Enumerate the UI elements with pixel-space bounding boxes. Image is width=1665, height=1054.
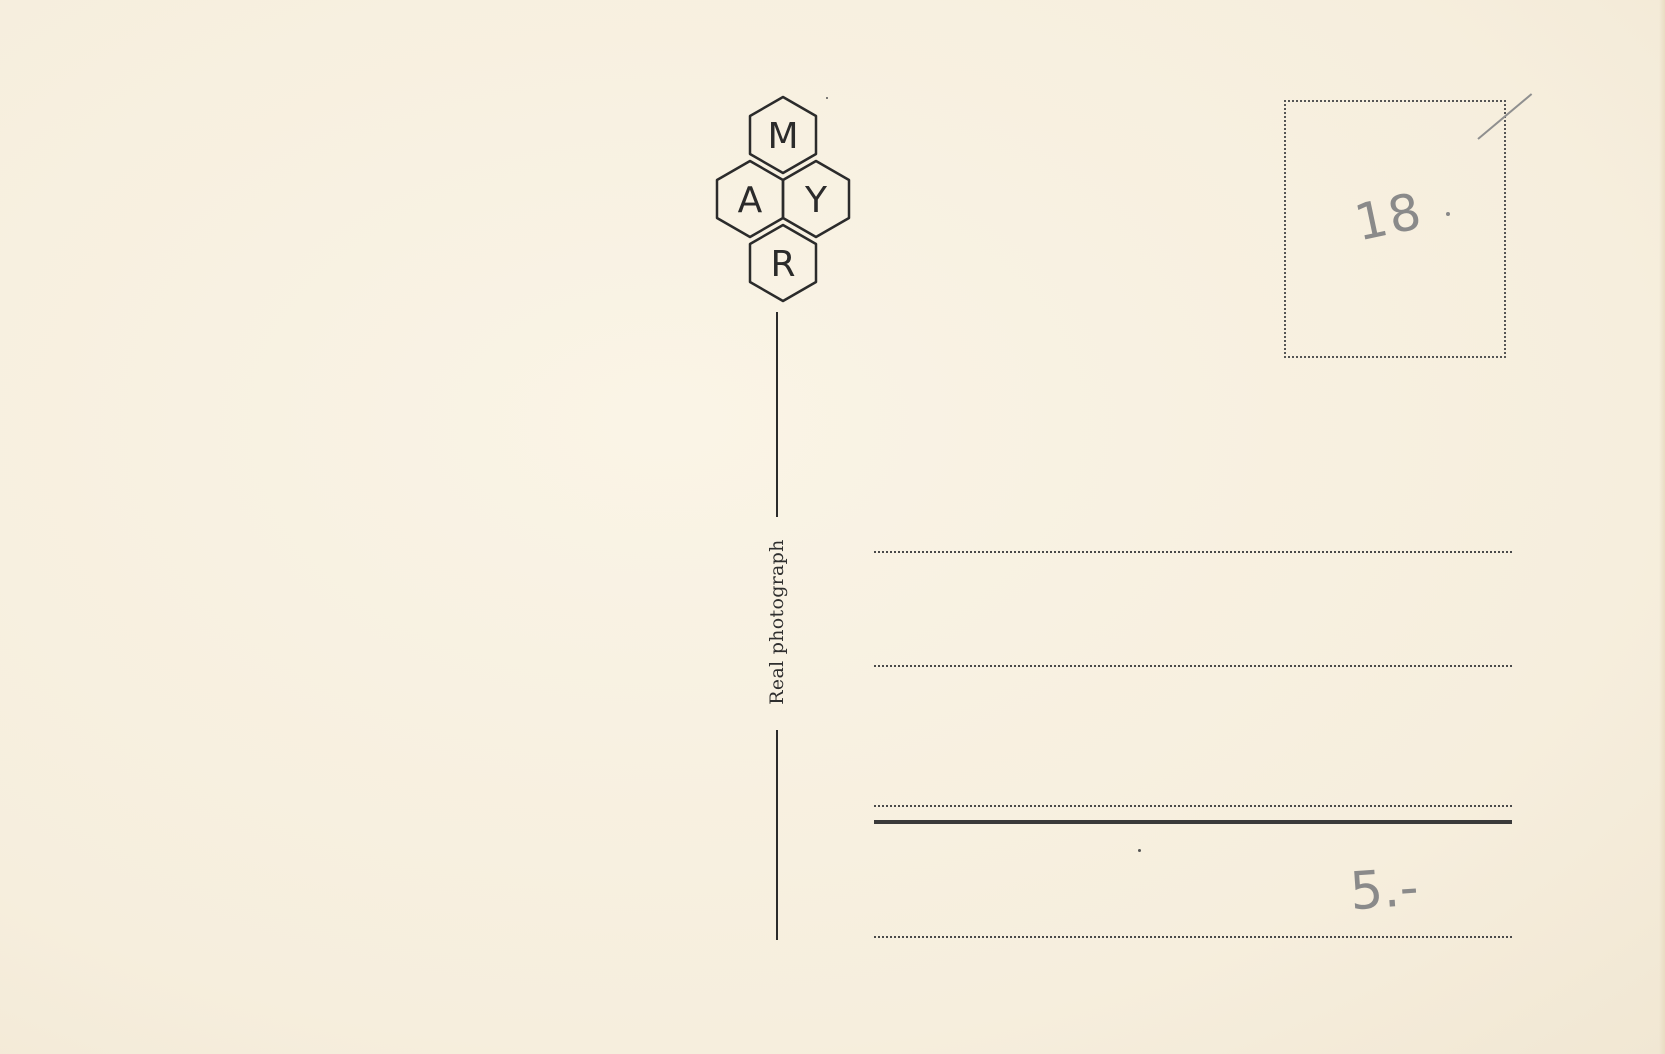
postcard-back: M A Y R Real photograph 18 5.- [0,0,1665,1054]
address-line-1 [874,551,1512,553]
logo-letter-m: M [767,116,798,157]
mayr-logo-icon: M A Y R [712,94,854,306]
logo-letter-a: A [738,180,763,221]
address-solid-line [874,820,1512,824]
divider-line-top [776,312,778,517]
divider-line-bottom [776,730,778,940]
address-line-2 [874,665,1512,667]
logo-letter-y: Y [804,180,828,221]
pencil-note-price: 5.- [1348,858,1420,923]
pencil-dot [1446,212,1450,216]
speck [1138,849,1141,852]
speck [826,97,828,99]
logo-letter-r: R [770,244,795,285]
address-line-3 [874,805,1512,807]
divider-text: Real photograph [766,539,788,704]
address-line-4 [874,936,1512,938]
card-edge [1659,0,1665,1054]
